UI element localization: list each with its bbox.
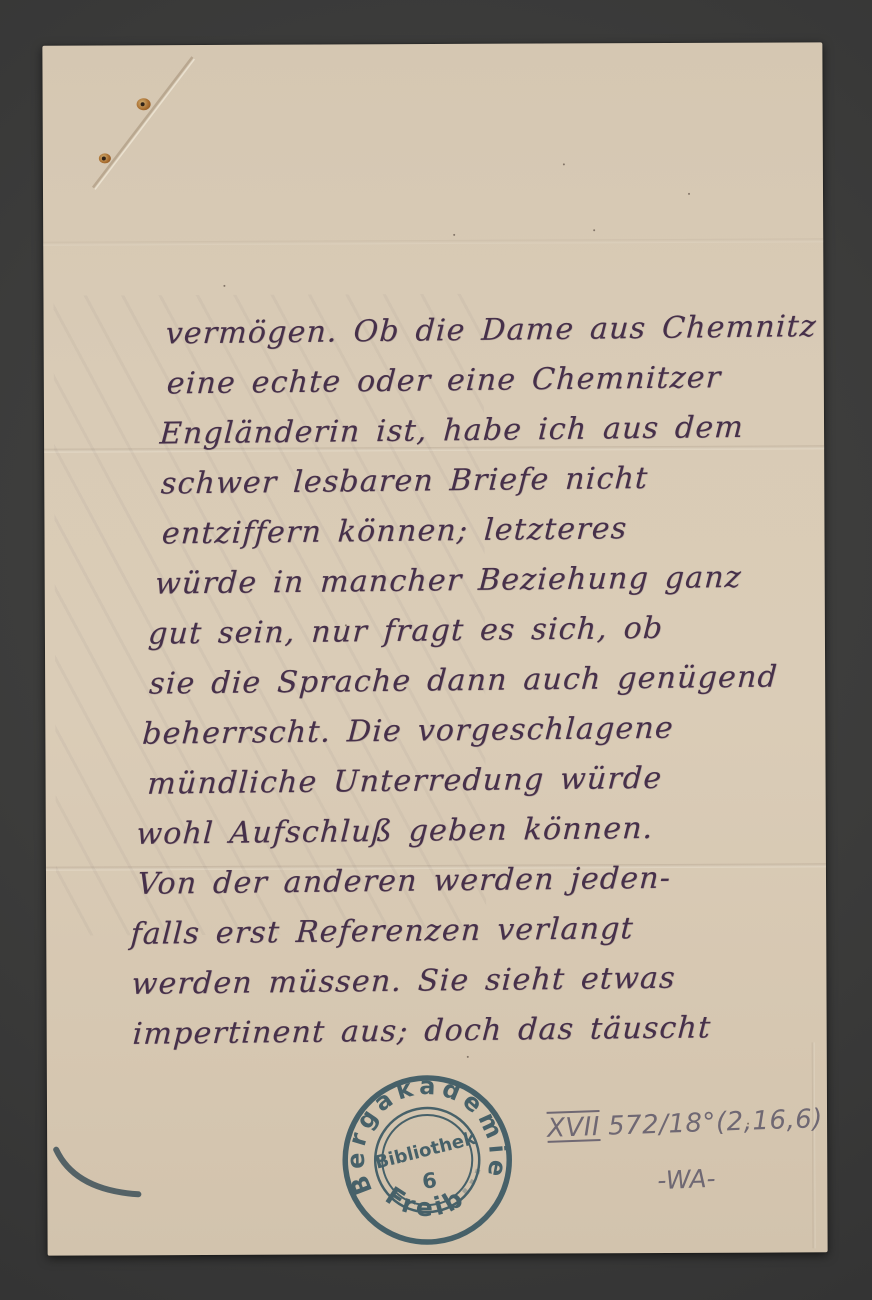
shelfmark-roman-numeral: XVII [547,1112,601,1144]
handwritten-line: mündliche Unterredung würde [146,752,841,810]
crayon-mark [50,1143,145,1205]
shelfmark-number: 572/18°(2,16,6) [608,1104,824,1142]
shelfmark-annotation: -WA- [657,1164,716,1195]
handwritten-line: wohl Aufschluß geben können. [135,802,838,860]
foxing-spot [137,98,151,110]
library-stamp: Bergakademie Freib ··· Bibliothek 6 [328,1061,527,1260]
handwritten-line: gut sein, nur fragt es sich, ob [147,602,850,660]
shelfmark: XVII572/18°(2,16,6) [547,1104,824,1144]
handwritten-line: werden müssen. Sie sieht etwas [130,952,829,1010]
letter-page: vermögen. Ob die Dame aus Chemnitz eine … [42,42,827,1255]
fold-crease [43,238,823,245]
handwritten-line: impertinent aus; doch das täuscht [131,1002,826,1060]
stamp-center-line1: Bibliothek [373,1128,479,1174]
handwritten-line: falls erst Referenzen verlangt [129,902,832,960]
handwritten-line: eine echte oder eine Chemnitzer [165,352,864,410]
handwritten-line: schwer lesbaren Briefe nicht [159,452,858,510]
handwritten-line: Von der anderen werden jeden- [136,852,835,910]
handwritten-line: Engländerin ist, habe ich aus dem [158,402,861,460]
foxing-spot [99,153,111,163]
handwritten-line: würde in mancher Beziehung ganz [154,552,853,610]
fold-crease [812,1042,816,1248]
stamp-center-line2: 6 [421,1168,438,1193]
handwritten-line: vermögen. Ob die Dame aus Chemnitz [164,301,867,359]
handwritten-text-block: vermögen. Ob die Dame aus Chemnitz eine … [123,301,867,1059]
handwritten-line: entziffern können; letzteres [160,502,855,560]
handwritten-line: beherrscht. Die vorgeschlagene [141,702,844,760]
diagonal-crease [82,53,203,194]
handwritten-line: sie die Sprache dann auch genügend [148,652,847,710]
paper-specks [42,42,822,45]
letter-scan: vermögen. Ob die Dame aus Chemnitz eine … [0,0,872,1300]
